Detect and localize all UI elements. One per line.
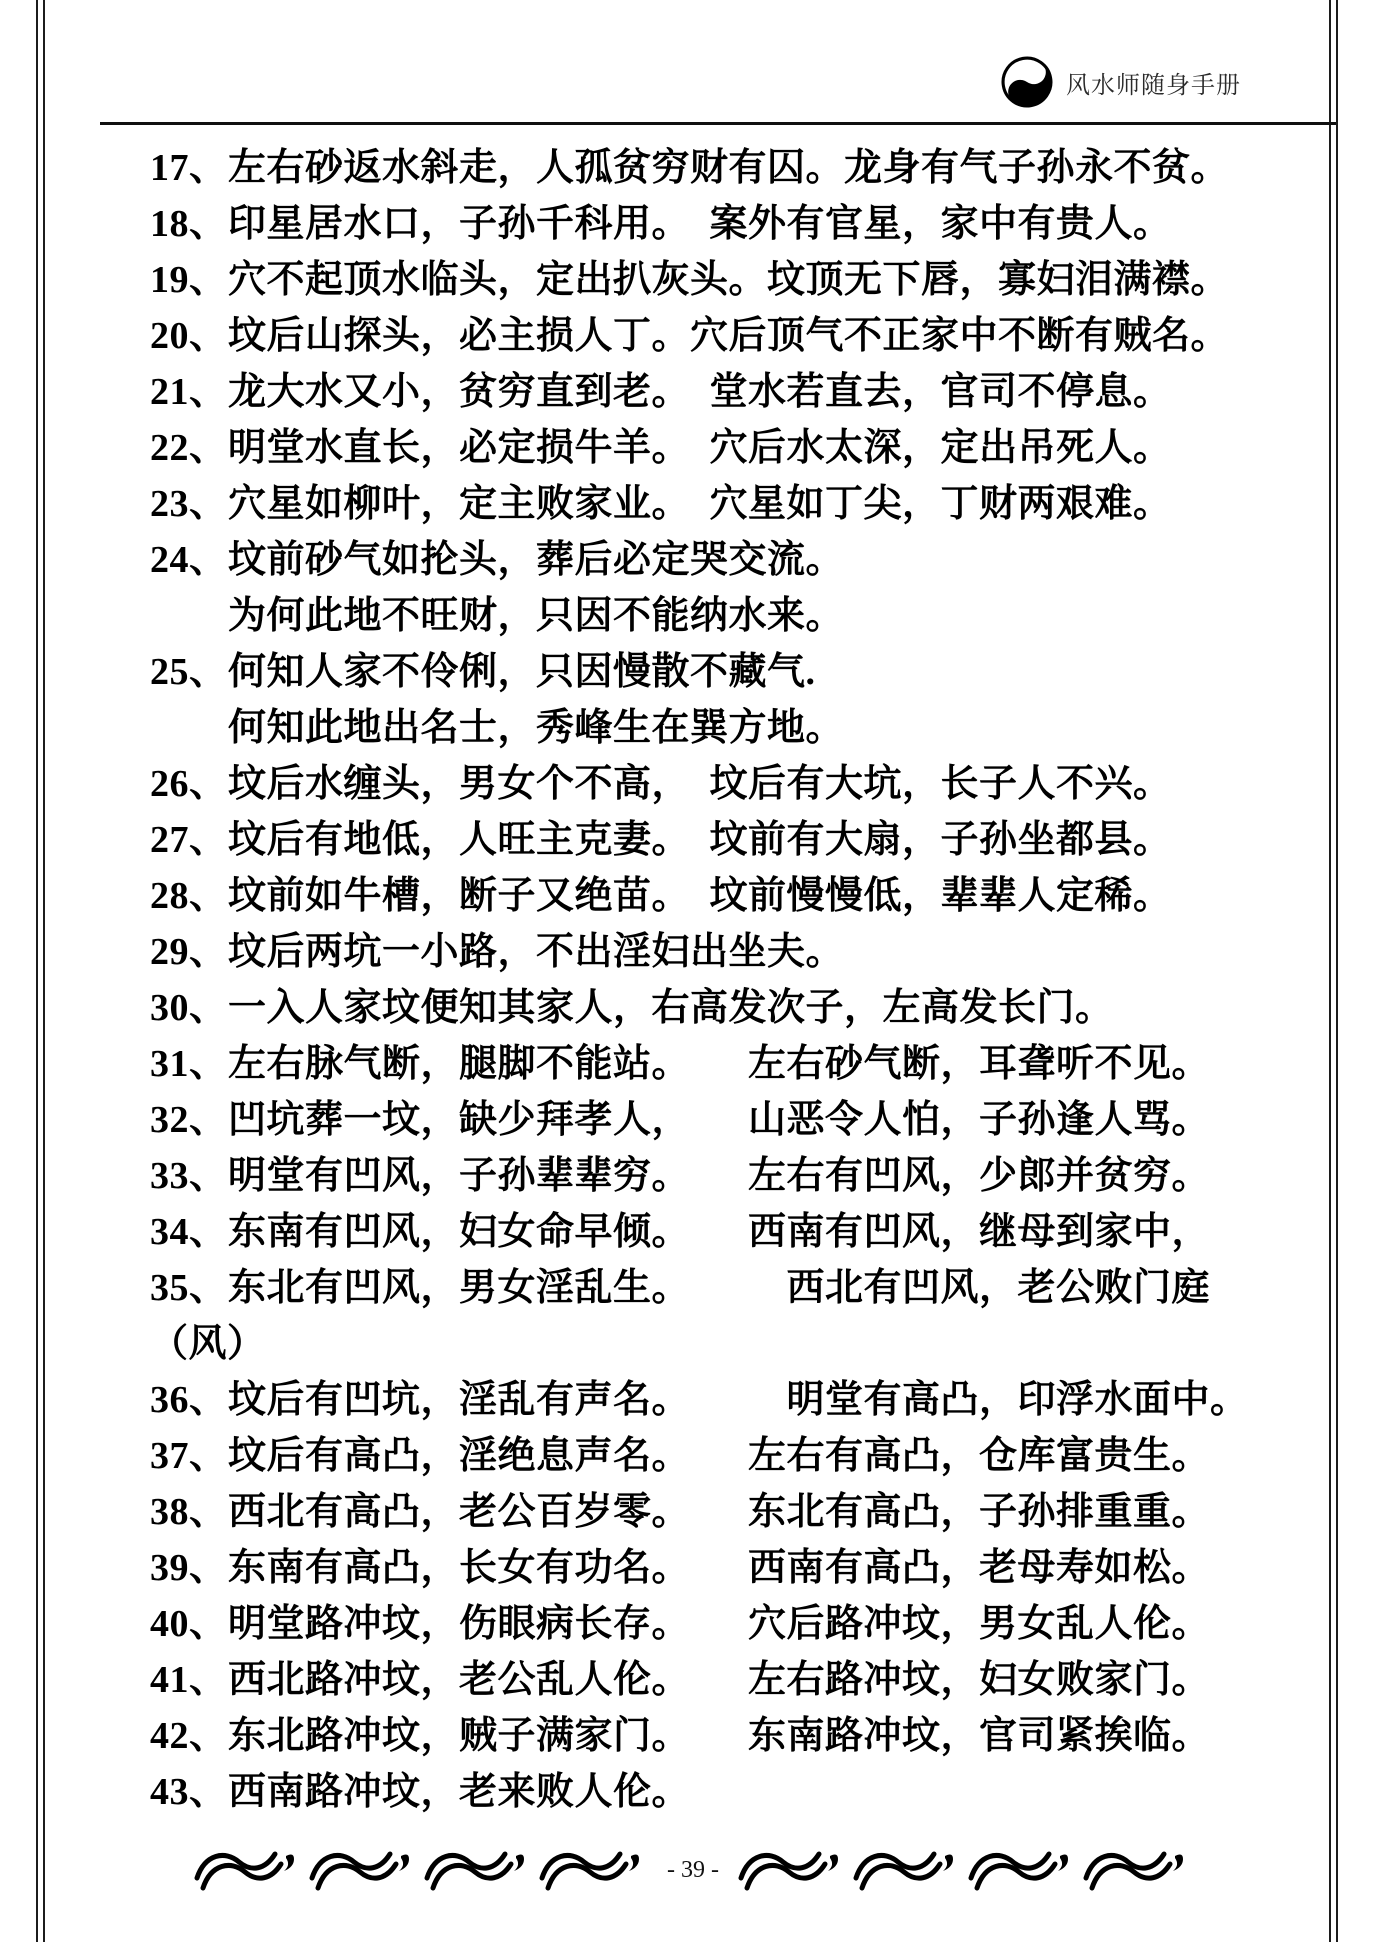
item-text: 坟后有高凸，淫绝息声名。 左右有高凸，仓库富贵生。: [228, 1428, 1210, 1484]
item-text: 西南路冲坟，老来败人伦。: [228, 1764, 690, 1820]
list-item: 42、东北路冲坟，贼子满家门。 东南路冲坟，官司紧挨临。: [150, 1708, 1330, 1764]
item-text: 明堂水直长，必定损牛羊。 穴后水太深，定出吊死人。: [228, 420, 1172, 476]
list-item: 41、西北路冲坟，老公乱人伦。 左右路冲坟，妇女败家门。: [150, 1652, 1330, 1708]
item-number: 29、: [150, 924, 228, 980]
item-text: 东南有高凸，长女有功名。 西南有高凸，老母寿如松。: [228, 1540, 1210, 1596]
item-number: 30、: [150, 980, 228, 1036]
list-item: （风）: [150, 1316, 1330, 1372]
list-item: 29、坟后两坑一小路，不出淫妇出坐夫。: [150, 924, 1330, 980]
list-item: 20、坟后山探头，必主损人丁。穴后顶气不正家中不断有贼名。: [150, 308, 1330, 364]
item-text: 坟前如牛槽，断子又绝苗。 坟前慢慢低，辈辈人定稀。: [228, 868, 1172, 924]
page-border-right-outer: [1336, 0, 1338, 1942]
item-number: 22、: [150, 420, 228, 476]
item-number: 27、: [150, 812, 228, 868]
list-item: 24、坟前砂气如抡头，葬后必定哭交流。: [150, 532, 1330, 588]
list-item: 19、穴不起顶水临头，定出扒灰头。坟顶无下唇，寡妇泪满襟。: [150, 252, 1330, 308]
item-number: 40、: [150, 1596, 228, 1652]
item-number: 19、: [150, 252, 228, 308]
list-item: 何知此地出名士，秀峰生在巽方地。: [150, 700, 1330, 756]
list-item: 36、坟后有凹坑，淫乱有声名。 明堂有高凸，印浮水面中。: [150, 1372, 1330, 1428]
header-brand: 风水师随身手册: [994, 56, 1241, 108]
item-text: 东北路冲坟，贼子满家门。 东南路冲坟，官司紧挨临。: [228, 1708, 1210, 1764]
item-text: 何知人家不伶俐，只因慢散不藏气.: [228, 644, 816, 700]
list-item: 23、穴星如柳叶，定主败家业。 穴星如丁尖，丁财两艰难。: [150, 476, 1330, 532]
verse-list: 17、左右砂返水斜走，人孤贫穷财有囚。龙身有气子孙永不贫。18、印星居水口，子孙…: [150, 140, 1330, 1820]
item-text: 坟前砂气如抡头，葬后必定哭交流。: [228, 532, 844, 588]
item-number: 42、: [150, 1708, 228, 1764]
item-number: 34、: [150, 1204, 228, 1260]
page-border-left-outer: [36, 0, 38, 1942]
list-item: 25、何知人家不伶俐，只因慢散不藏气.: [150, 644, 1330, 700]
item-text: 凹坑葬一坟，缺少拜孝人， 山恶令人怕，子孙逢人骂。: [228, 1092, 1210, 1148]
item-number: 41、: [150, 1652, 228, 1708]
item-number: 25、: [150, 644, 228, 700]
item-number: 36、: [150, 1372, 228, 1428]
header-rule: [100, 122, 1336, 125]
item-text: 坟后两坑一小路，不出淫妇出坐夫。: [228, 924, 844, 980]
item-text: 明堂有凹风，子孙辈辈穷。 左右有凹风，少郎并贫穷。: [228, 1148, 1210, 1204]
item-text: 明堂路冲坟，伤眼病长存。 穴后路冲坟，男女乱人伦。: [228, 1596, 1210, 1652]
item-number: 35、: [150, 1260, 228, 1316]
list-item: 39、东南有高凸，长女有功名。 西南有高凸，老母寿如松。: [150, 1540, 1330, 1596]
item-text: 何知此地出名士，秀峰生在巽方地。: [228, 700, 844, 756]
item-number: 37、: [150, 1428, 228, 1484]
flourish-ornament-left: [191, 1844, 651, 1896]
list-item: 40、明堂路冲坟，伤眼病长存。 穴后路冲坟，男女乱人伦。: [150, 1596, 1330, 1652]
item-number: 38、: [150, 1484, 228, 1540]
item-text: 西北路冲坟，老公乱人伦。 左右路冲坟，妇女败家门。: [228, 1652, 1210, 1708]
book-title: 风水师随身手册: [1066, 65, 1241, 100]
list-item: 28、坟前如牛槽，断子又绝苗。 坟前慢慢低，辈辈人定稀。: [150, 868, 1330, 924]
item-text: 穴星如柳叶，定主败家业。 穴星如丁尖，丁财两艰难。: [228, 476, 1172, 532]
item-number: 31、: [150, 1036, 228, 1092]
list-item: 为何此地不旺财，只因不能纳水来。: [150, 588, 1330, 644]
page-border-left-inner: [43, 0, 45, 1942]
list-item: 27、坟后有地低，人旺主克妻。 坟前有大扇，子孙坐都县。: [150, 812, 1330, 868]
item-text: 穴不起顶水临头，定出扒灰头。坟顶无下唇，寡妇泪满襟。: [228, 252, 1229, 308]
item-text: 坟后水缠头，男女个不高， 坟后有大坑，长子人不兴。: [228, 756, 1172, 812]
item-text: 左右脉气断，腿脚不能站。 左右砂气断，耳聋听不见。: [228, 1036, 1210, 1092]
item-text: 为何此地不旺财，只因不能纳水来。: [228, 588, 844, 644]
item-number: 26、: [150, 756, 228, 812]
item-number: 33、: [150, 1148, 228, 1204]
list-item: 35、东北有凹风，男女淫乱生。 西北有凹风，老公败门庭: [150, 1260, 1330, 1316]
item-number: 21、: [150, 364, 228, 420]
list-item: 43、西南路冲坟，老来败人伦。: [150, 1764, 1330, 1820]
list-item: 33、明堂有凹风，子孙辈辈穷。 左右有凹风，少郎并贫穷。: [150, 1148, 1330, 1204]
list-item: 17、左右砂返水斜走，人孤贫穷财有囚。龙身有气子孙永不贫。: [150, 140, 1330, 196]
page-footer: - 39 -: [150, 1843, 1236, 1897]
item-text: 印星居水口，子孙千科用。 案外有官星，家中有贵人。: [228, 196, 1172, 252]
item-number: 20、: [150, 308, 228, 364]
item-text: 东北有凹风，男女淫乱生。 西北有凹风，老公败门庭: [228, 1260, 1210, 1316]
list-item: 18、印星居水口，子孙千科用。 案外有官星，家中有贵人。: [150, 196, 1330, 252]
list-item: 26、坟后水缠头，男女个不高， 坟后有大坑，长子人不兴。: [150, 756, 1330, 812]
item-number: 32、: [150, 1092, 228, 1148]
yinyang-icon: [994, 56, 1060, 108]
list-item: 34、东南有凹风，妇女命早倾。 西南有凹风，继母到家中，: [150, 1204, 1330, 1260]
list-item: 37、坟后有高凸，淫绝息声名。 左右有高凸，仓库富贵生。: [150, 1428, 1330, 1484]
item-text: 坟后山探头，必主损人丁。穴后顶气不正家中不断有贼名。: [228, 308, 1229, 364]
item-text: 一入人家坟便知其家人，右高发次子，左高发长门。: [228, 980, 1114, 1036]
item-number: 23、: [150, 476, 228, 532]
item-text: 左右砂返水斜走，人孤贫穷财有囚。龙身有气子孙永不贫。: [228, 140, 1229, 196]
list-item: 32、凹坑葬一坟，缺少拜孝人， 山恶令人怕，子孙逢人骂。: [150, 1092, 1330, 1148]
item-text: 西北有高凸，老公百岁零。 东北有高凸，子孙排重重。: [228, 1484, 1210, 1540]
item-text: 龙大水又小，贫穷直到老。 堂水若直去，官司不停息。: [228, 364, 1172, 420]
list-item: 30、一入人家坟便知其家人，右高发次子，左高发长门。: [150, 980, 1330, 1036]
item-number: 39、: [150, 1540, 228, 1596]
list-item: 31、左右脉气断，腿脚不能站。 左右砂气断，耳聋听不见。: [150, 1036, 1330, 1092]
list-item: 21、龙大水又小，贫穷直到老。 堂水若直去，官司不停息。: [150, 364, 1330, 420]
list-item: 22、明堂水直长，必定损牛羊。 穴后水太深，定出吊死人。: [150, 420, 1330, 476]
item-number: 43、: [150, 1764, 228, 1820]
book-page: 风水师随身手册 17、左右砂返水斜走，人孤贫穷财有囚。龙身有气子孙永不贫。18、…: [0, 0, 1376, 1942]
item-number: 17、: [150, 140, 228, 196]
flourish-ornament-right: [735, 1844, 1195, 1896]
item-text: 东南有凹风，妇女命早倾。 西南有凹风，继母到家中，: [228, 1204, 1210, 1260]
item-number: 18、: [150, 196, 228, 252]
item-text: 坟后有凹坑，淫乱有声名。 明堂有高凸，印浮水面中。: [228, 1372, 1249, 1428]
item-text: 坟后有地低，人旺主克妻。 坟前有大扇，子孙坐都县。: [228, 812, 1172, 868]
item-text: （风）: [150, 1316, 266, 1372]
page-number: - 39 -: [667, 1857, 719, 1884]
item-number: 28、: [150, 868, 228, 924]
list-item: 38、西北有高凸，老公百岁零。 东北有高凸，子孙排重重。: [150, 1484, 1330, 1540]
item-number: 24、: [150, 532, 228, 588]
